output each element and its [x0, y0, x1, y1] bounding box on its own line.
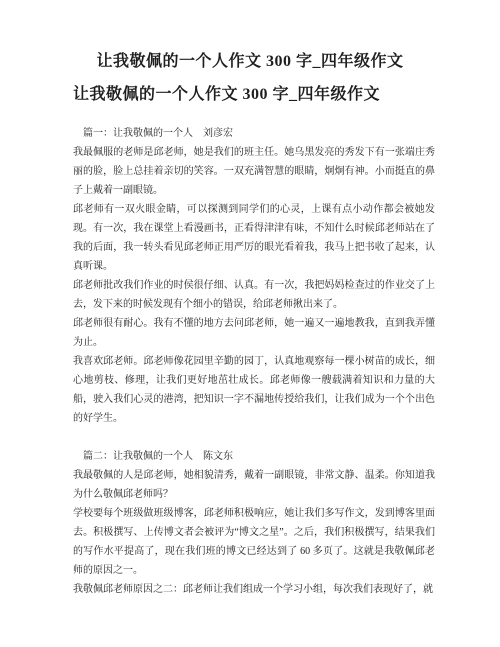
section-essay-1: 篇一：让我敬佩的一个人 刘彦宏 我最佩服的老师是邱老师，她是我们的班主任。她乌黑…: [73, 124, 435, 428]
doc-title-left: 让我敬佩的一个人作文 300 字_四年级作文: [73, 84, 500, 106]
paragraph: 学校要每个班级做班级博客，邱老师积极响应，她让我们多写作文，发到博客里面去。积极…: [73, 504, 435, 580]
document-body: 篇一：让我敬佩的一个人 刘彦宏 我最佩服的老师是邱老师，她是我们的班主任。她乌黑…: [73, 124, 435, 599]
paragraph: 邱老师很有耐心。我有不懂的地方去问邱老师，她一遍又一遍地教我，直到我弄懂为止。: [73, 314, 435, 352]
section-1-heading: 篇一：让我敬佩的一个人 刘彦宏: [73, 124, 435, 143]
paragraph: 我最敬佩的人是邱老师，她相貌清秀，戴着一副眼镜，非常文静、温柔。你知道我为什么敬…: [73, 466, 435, 504]
document-page: 让我敬佩的一个人作文 300 字_四年级作文 让我敬佩的一个人作文 300 字_…: [0, 0, 500, 647]
paragraph: 我敬佩邱老师原因之二：邱老师让我们组成一个学习小组，每次我们表现好了，就: [73, 580, 435, 599]
paragraph: 我最佩服的老师是邱老师，她是我们的班主任。她乌黑发亮的秀发下有一张端庄秀丽的脸，…: [73, 143, 435, 200]
section-essay-2: 篇二：让我敬佩的一个人 陈文东 我最敬佩的人是邱老师，她相貌清秀，戴着一副眼镜，…: [73, 447, 435, 599]
paragraph: 我喜欢邱老师。邱老师像花园里辛勤的园丁，认真地观察每一棵小树苗的成长，细心地剪枝…: [73, 352, 435, 428]
paragraph: 邱老师批改我们作业的时侯很仔细、认真。有一次，我把妈妈检查过的作业交了上去，发下…: [73, 276, 435, 314]
doc-title-centered: 让我敬佩的一个人作文 300 字_四年级作文: [0, 51, 500, 73]
paragraph: 邱老师有一双火眼金睛，可以探测到同学们的心灵，上课有点小动作都会被她发现。有一次…: [73, 200, 435, 276]
section-2-heading: 篇二：让我敬佩的一个人 陈文东: [73, 447, 435, 466]
